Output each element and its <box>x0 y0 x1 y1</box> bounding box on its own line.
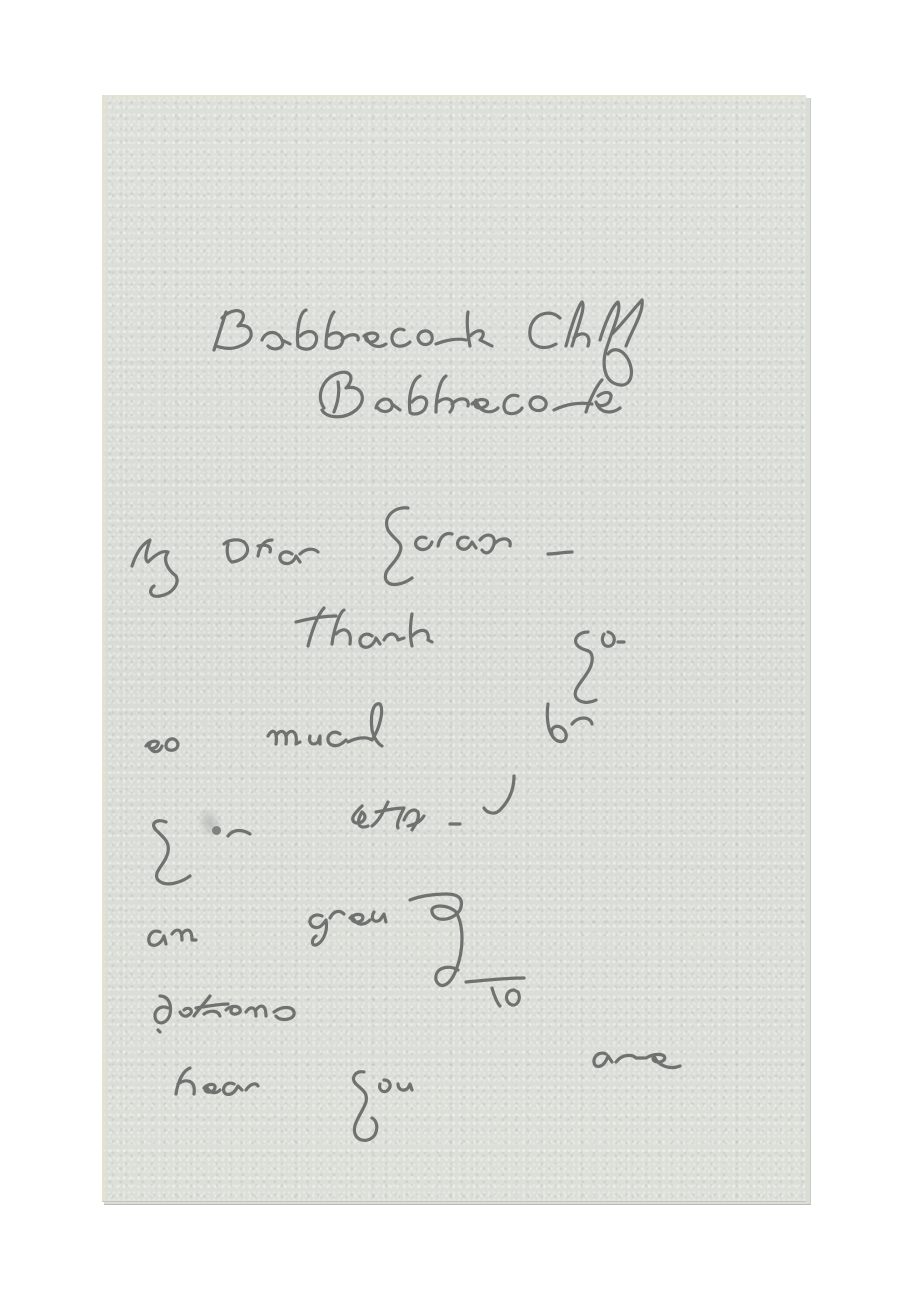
handwritten-letter-strokes <box>0 0 912 1300</box>
address-line-1-strokes <box>214 300 642 385</box>
body-line-6-strokes <box>176 1053 680 1140</box>
body-line-1-strokes <box>296 608 624 702</box>
body-line-5-strokes <box>155 978 524 1032</box>
body-line-4-strokes <box>149 894 462 985</box>
body-line-3-strokes <box>154 776 514 884</box>
address-line-2-strokes <box>320 372 620 417</box>
salutation-strokes <box>132 508 572 597</box>
body-line-2-strokes <box>146 704 592 752</box>
